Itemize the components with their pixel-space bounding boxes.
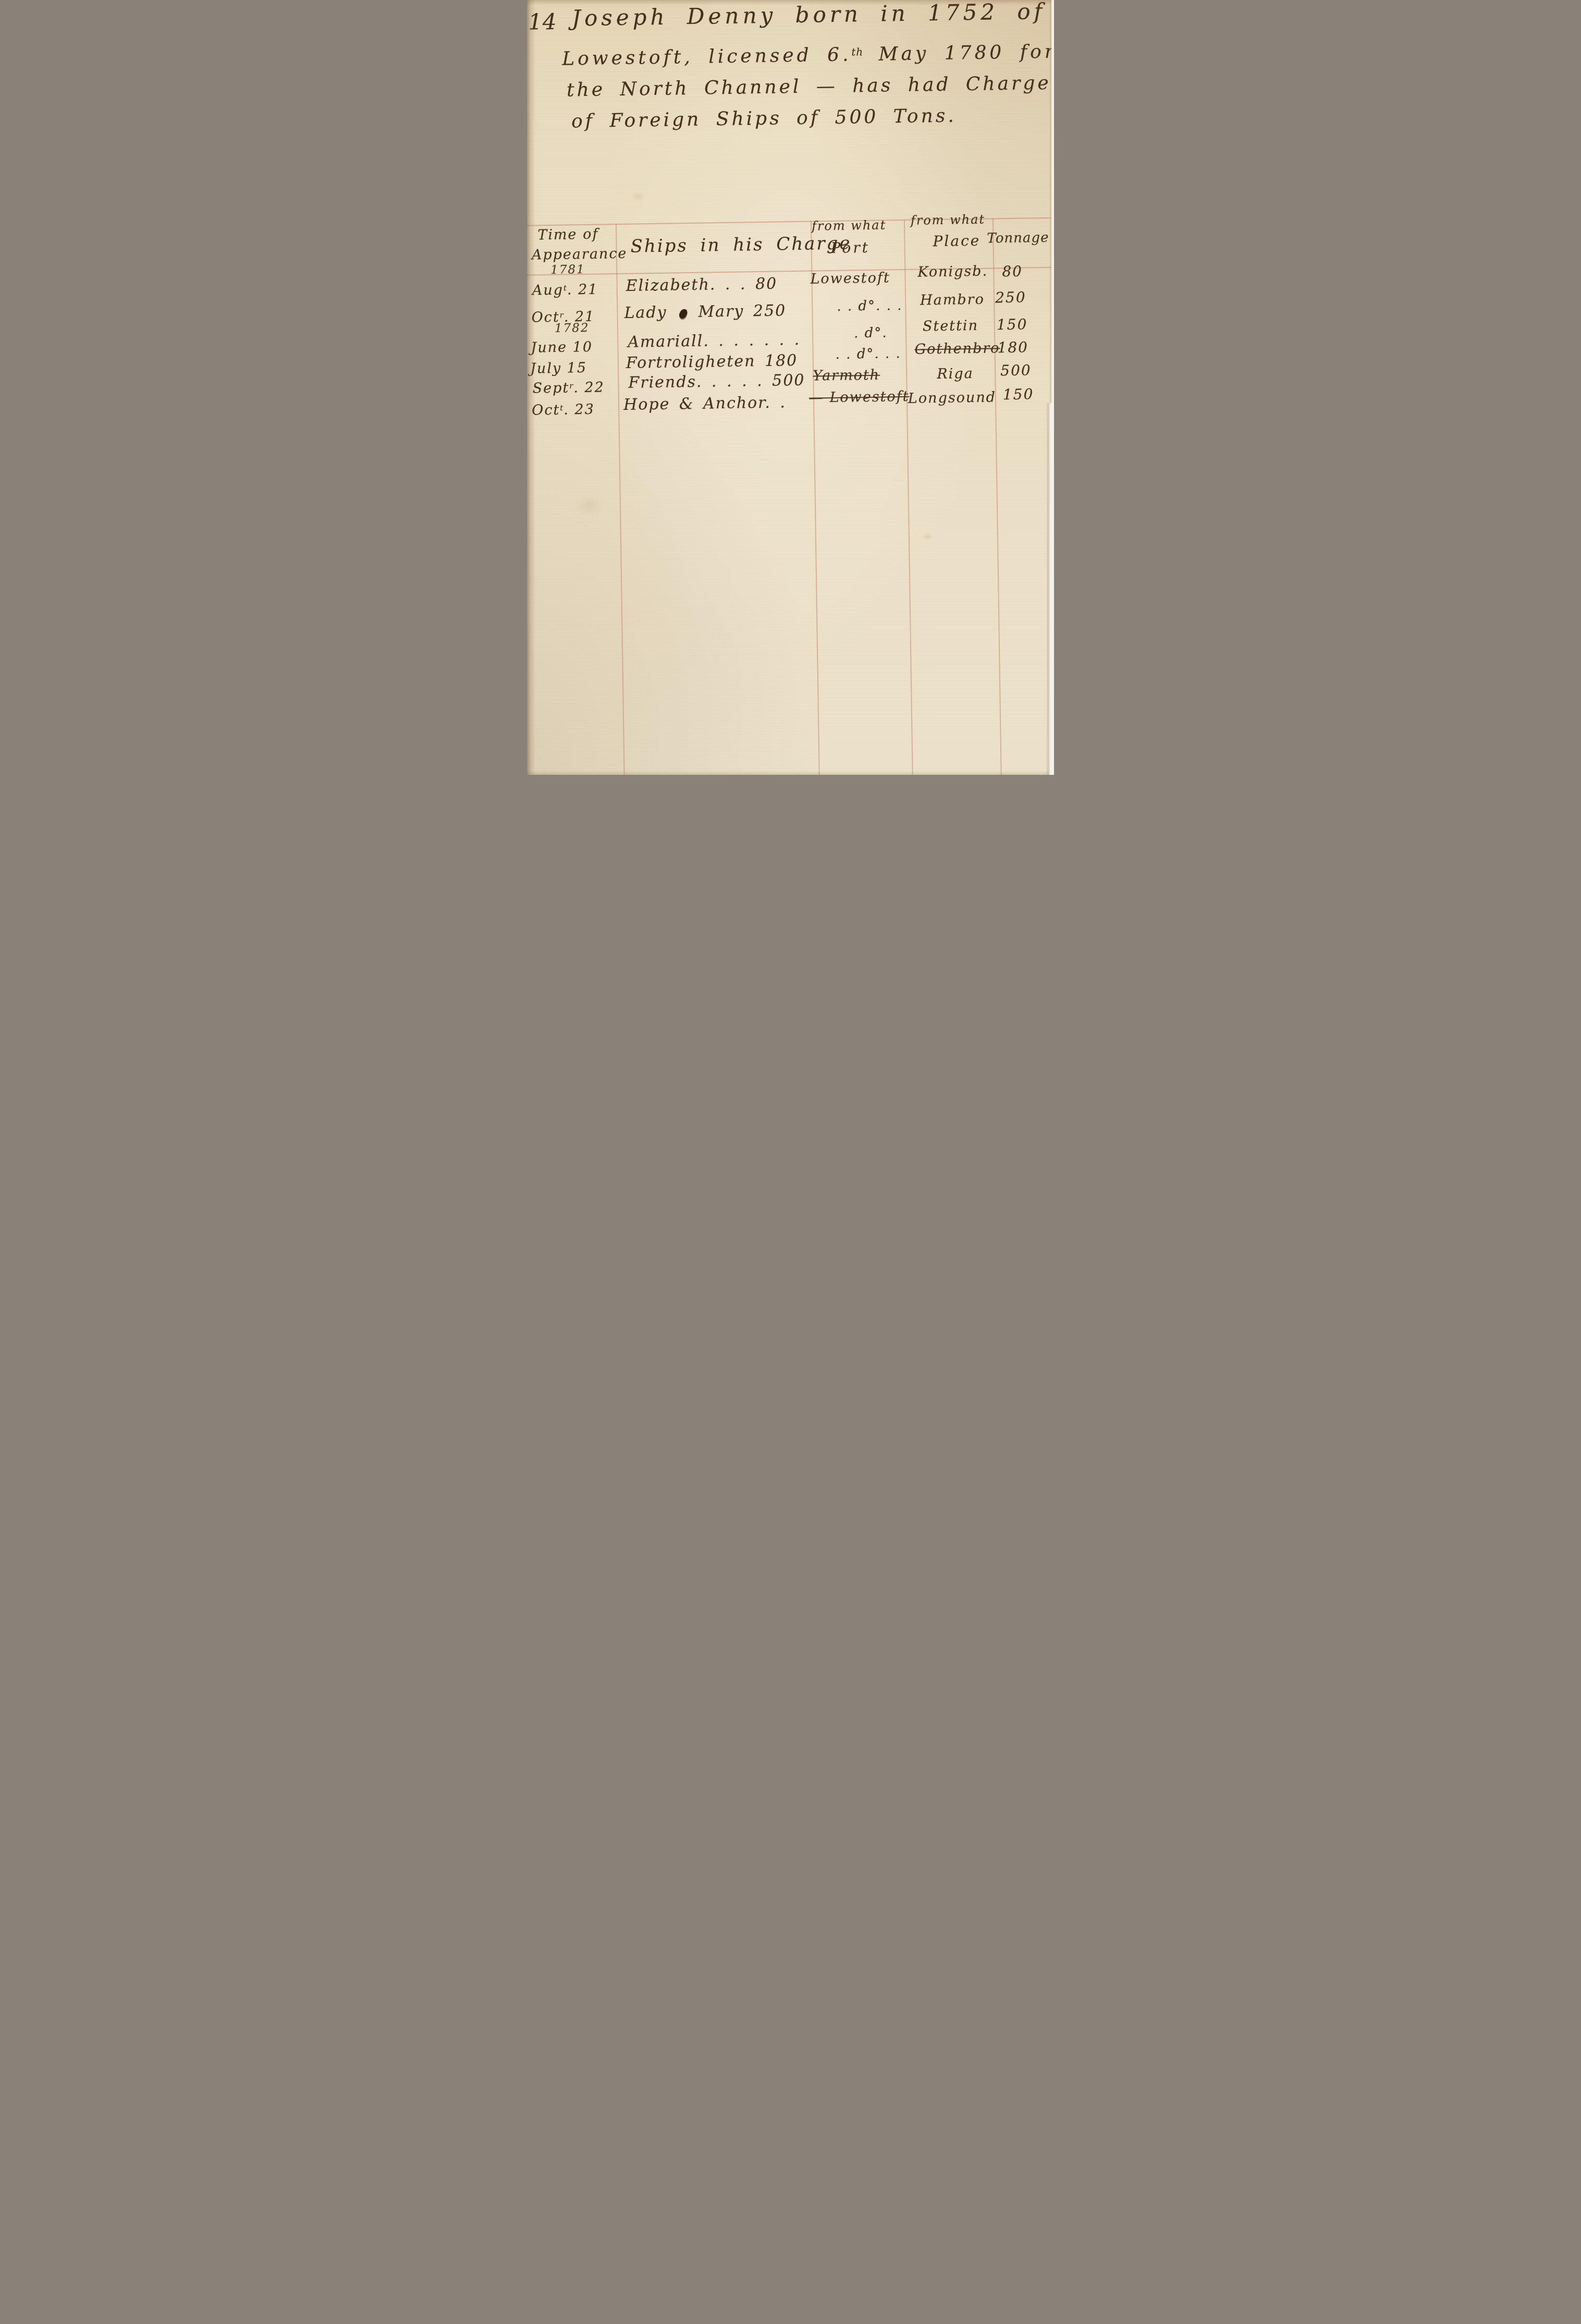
ship-name: Friends. . . . . 500: [628, 371, 805, 392]
paper-edge-top: [527, 0, 1054, 5]
ledger-page: 14 Joseph Denny born in 1752 of Lowestof…: [527, 0, 1054, 775]
from-what-place: Konigsb.: [917, 263, 988, 281]
heading-line-2-post: May 1780 for: [863, 41, 1054, 65]
column-header-from-what-place-2: Place: [933, 232, 981, 250]
tonnage-value: 250: [995, 288, 1026, 306]
from-what-port: — Lowestoft: [809, 388, 910, 406]
column-rule-2: [811, 221, 820, 775]
from-what-port: Yarmoth: [813, 367, 880, 384]
paper-edge-left: [527, 0, 535, 775]
appearance-date: July 15: [530, 360, 587, 377]
superscript: t: [563, 283, 567, 293]
year-marker: 1781: [550, 263, 585, 277]
heading-line-3: the North Channel — has had Charge: [567, 72, 1051, 101]
column-rule-3: [904, 220, 913, 775]
heading-line-2-pre: Lowestoft, licensed 6.: [562, 44, 852, 69]
superscript: r: [560, 310, 564, 320]
from-what-place: Gothenbro: [914, 340, 1000, 357]
ink-blot: [678, 308, 688, 320]
appearance-date: Septr. 22: [532, 380, 605, 397]
ship-name: Elizabeth. . . 80: [626, 275, 777, 295]
superscript: r: [569, 381, 573, 391]
ship-name: Lady Mary 250: [624, 301, 786, 322]
tonnage-value: 180: [997, 338, 1028, 356]
tonnage-value: 150: [997, 315, 1028, 333]
heading-line-2: Lowestoft, licensed 6.th May 1780 for: [562, 41, 1054, 70]
column-header-from-what-place-1: from what: [911, 212, 986, 228]
tonnage-value: 150: [1003, 385, 1034, 403]
scanner-edge-right: [1046, 403, 1054, 775]
tonnage-value: 500: [1000, 361, 1032, 379]
scanner-edge-right: [1049, 0, 1054, 403]
from-what-port: Lowestoft: [810, 270, 890, 287]
column-header-from-what-port-1: from what: [812, 217, 887, 233]
column-header-tonnage: Tonnage: [987, 230, 1049, 247]
appearance-date: Octt. 23: [532, 401, 595, 419]
ship-name: Fortroligheten 180: [626, 351, 798, 372]
column-header-from-what-port-2: Port: [830, 239, 870, 257]
sheet-content: 14 Joseph Denny born in 1752 of Lowestof…: [527, 0, 1054, 775]
from-what-place: Longsound: [908, 389, 996, 407]
appearance-date: Augt. 21: [532, 282, 598, 299]
paper-edge-bottom: [527, 771, 1054, 775]
from-what-port: . . d°. . .: [837, 298, 902, 314]
tonnage-value: 80: [1002, 263, 1023, 281]
heading-line-4: of Foreign Ships of 500 Tons.: [571, 105, 957, 132]
from-what-place: Riga: [937, 366, 974, 382]
ship-name: Hope & Anchor. .: [623, 393, 786, 414]
superscript: t: [560, 403, 563, 412]
ship-name: Amariall. . . . . . .: [628, 331, 800, 351]
column-header-time-of: Time of: [537, 226, 599, 244]
from-what-port: . d°.: [854, 325, 888, 341]
from-what-place: Stettin: [923, 318, 979, 335]
appearance-date: June 10: [531, 339, 593, 356]
from-what-place: Hambro: [920, 291, 985, 309]
column-header-appearance: Appearance: [532, 246, 628, 263]
from-what-port: . . d°. . .: [835, 346, 901, 362]
heading-line-2-sup: th: [851, 46, 863, 58]
column-header-ships: Ships in his Charge: [630, 233, 852, 257]
year-marker: 1782: [555, 321, 590, 335]
